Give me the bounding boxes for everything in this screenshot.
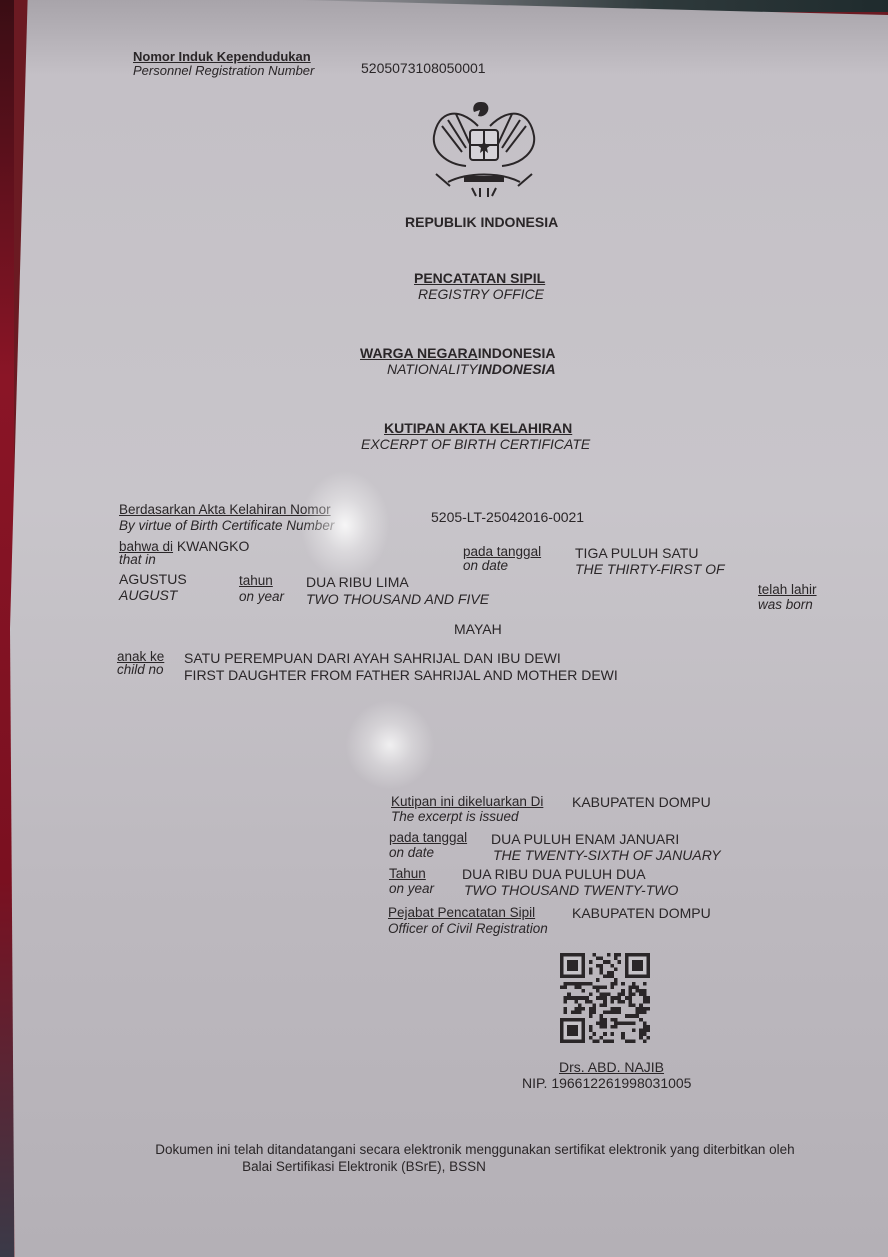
office-title: PENCATATAN SIPIL <box>414 271 545 285</box>
issue-year-value: DUA RIBU DUA PULUH DUA <box>462 867 646 881</box>
nationality-row-en: NATIONALITYINDONESIA <box>387 362 556 376</box>
cert-number-value: 5205-LT-25042016-0021 <box>431 510 584 524</box>
cert-number-label: Berdasarkan Akta Kelahiran Nomor <box>119 503 331 517</box>
document-title: KUTIPAN AKTA KELAHIRAN <box>384 421 572 435</box>
nik-label: Nomor Induk Kependudukan <box>133 50 311 63</box>
country-title: REPUBLIK INDONESIA <box>405 215 558 229</box>
issue-date-label-en: on date <box>389 846 434 860</box>
nationality-label: WARGA NEGARA <box>360 345 478 361</box>
nationality-value: INDONESIA <box>478 345 556 361</box>
birth-place-label-en: that in <box>119 553 156 567</box>
birth-year: DUA RIBU LIMA <box>306 575 409 589</box>
qr-code-icon <box>560 952 650 1044</box>
office-title-en: REGISTRY OFFICE <box>418 287 544 301</box>
officer-label-en: Officer of Civil Registration <box>388 922 548 936</box>
birth-year-en: TWO THOUSAND AND FIVE <box>306 592 489 606</box>
issue-year-label-en: on year <box>389 882 434 896</box>
issue-year-value-en: TWO THOUSAND TWENTY-TWO <box>464 883 678 897</box>
nik-value: 5205073108050001 <box>361 61 486 75</box>
footer-line-1: Dokumen ini telah ditandatangani secara … <box>0 1143 888 1157</box>
officer-name: Drs. ABD. NAJIB <box>559 1060 664 1074</box>
birth-year-label-en: on year <box>239 590 284 604</box>
officer-nip: NIP. 196612261998031005 <box>522 1076 691 1090</box>
nationality-row: WARGA NEGARAINDONESIA <box>360 346 556 360</box>
birth-month-en: AUGUST <box>119 588 177 602</box>
issue-date-value: DUA PULUH ENAM JANUARI <box>491 832 679 846</box>
birth-place-value: KWANGKO <box>177 538 250 554</box>
footer-line-2: Balai Sertifikasi Elektronik (BSrE), BSS… <box>0 1160 728 1174</box>
garuda-pancasila-emblem-icon <box>428 96 540 204</box>
cert-number-label-en: By virtue of Birth Certificate Number <box>119 519 334 533</box>
birth-day: TIGA PULUH SATU <box>575 546 698 560</box>
child-order-value: SATU PEREMPUAN DARI AYAH SAHRIJAL DAN IB… <box>184 651 561 665</box>
issued-label: Kutipan ini dikeluarkan Di <box>391 795 543 809</box>
born-label-en: was born <box>758 598 813 612</box>
nik-label-en: Personnel Registration Number <box>133 64 314 77</box>
document-title-en: EXCERPT OF BIRTH CERTIFICATE <box>361 437 590 451</box>
born-label: telah lahir <box>758 583 817 597</box>
birth-date-label-en: on date <box>463 559 508 573</box>
nationality-value-en: INDONESIA <box>478 361 556 377</box>
child-order-label-en: child no <box>117 663 164 677</box>
issued-label-en: The excerpt is issued <box>391 810 519 824</box>
issue-date-value-en: THE TWENTY-SIXTH OF JANUARY <box>493 848 721 862</box>
birth-year-label: tahun <box>239 574 273 588</box>
officer-label: Pejabat Pencatatan Sipil <box>388 906 535 920</box>
child-order-value-en: FIRST DAUGHTER FROM FATHER SAHRIJAL AND … <box>184 668 618 682</box>
issue-year-label: Tahun <box>389 867 426 881</box>
issued-place: KABUPATEN DOMPU <box>572 795 711 809</box>
birth-day-en: THE THIRTY-FIRST OF <box>575 562 725 576</box>
nationality-label-en: NATIONALITY <box>387 361 478 377</box>
issue-date-label: pada tanggal <box>389 831 467 845</box>
officer-place: KABUPATEN DOMPU <box>572 906 711 920</box>
child-name: MAYAH <box>454 622 502 636</box>
birth-month: AGUSTUS <box>119 572 187 586</box>
birth-date-label: pada tanggal <box>463 545 541 559</box>
